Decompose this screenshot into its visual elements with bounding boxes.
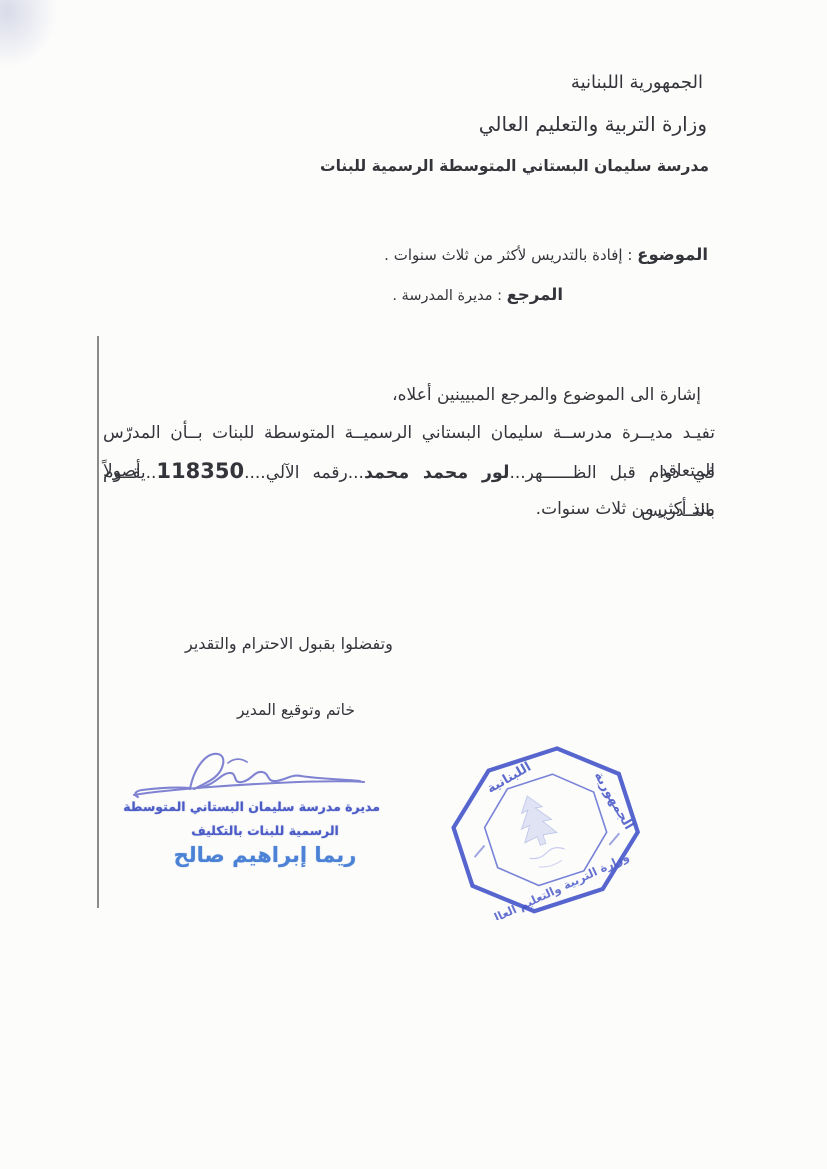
signer-title-2: الرسمية للبنات بالتكليف [150, 823, 380, 838]
reference-value: : مديرة المدرسة . [392, 288, 502, 304]
fold-line-artifact [97, 336, 99, 908]
body-line-2: تفيـد مديــرة مدرســة سليمان البستاني ال… [103, 414, 715, 452]
signature-ink [128, 744, 378, 804]
body-line-3-pre: في دوام قبل الظــــــهر... [509, 463, 715, 483]
signature-caption: خاتم وتوقيع المدير [237, 701, 355, 719]
body-paragraph: إشارة الى الموضوع والمرجع المبيينين أعلا… [103, 376, 715, 528]
letterhead-country: الجمهورية اللبنانية [571, 72, 703, 93]
subject-line: الموضوع : إفادة بالتدريس لأكثر من ثلاث س… [384, 245, 708, 264]
signer-title-1: مديرة مدرسة سليمان البستاني المتوسطة [150, 799, 380, 814]
body-line-1: إشارة الى الموضوع والمرجع المبيينين أعلا… [103, 376, 715, 414]
reference-label: المرجع [507, 285, 563, 304]
teacher-name: لور محمد محمد [364, 463, 510, 483]
signer-name: ريما إبراهيم صالح [150, 843, 380, 867]
stamp-bottom-text: وزارة التربية والتعليم العالي [481, 850, 632, 920]
body-line-4: منذ أكثر من ثلاث سنوات. [103, 490, 715, 528]
letterhead-ministry: وزارة التربية والتعليم العالي [479, 112, 707, 136]
subject-label: الموضوع [637, 245, 708, 264]
closing-salutation: وتفضلوا بقبول الاحترام والتقدير [185, 634, 393, 653]
body-line-3: في دوام قبل الظــــــهر...لور محمد محمد.… [103, 452, 715, 490]
official-stamp: اللبنانية الجمهورية وزارة التربية والتعل… [436, 744, 642, 920]
letterhead-school: مدرسة سليمان البستاني المتوسطة الرسمية ل… [320, 157, 709, 175]
subject-value: : إفادة بالتدريس لأكثر من ثلاث سنوات . [384, 246, 632, 264]
reference-line: المرجع : مديرة المدرسة . [392, 285, 563, 304]
teacher-id-number: 118350 [156, 459, 244, 483]
cedar-emblem [511, 791, 559, 850]
body-line-3-mid: ...رقمه الآلي.... [244, 463, 364, 483]
scan-smudge [0, 0, 64, 76]
